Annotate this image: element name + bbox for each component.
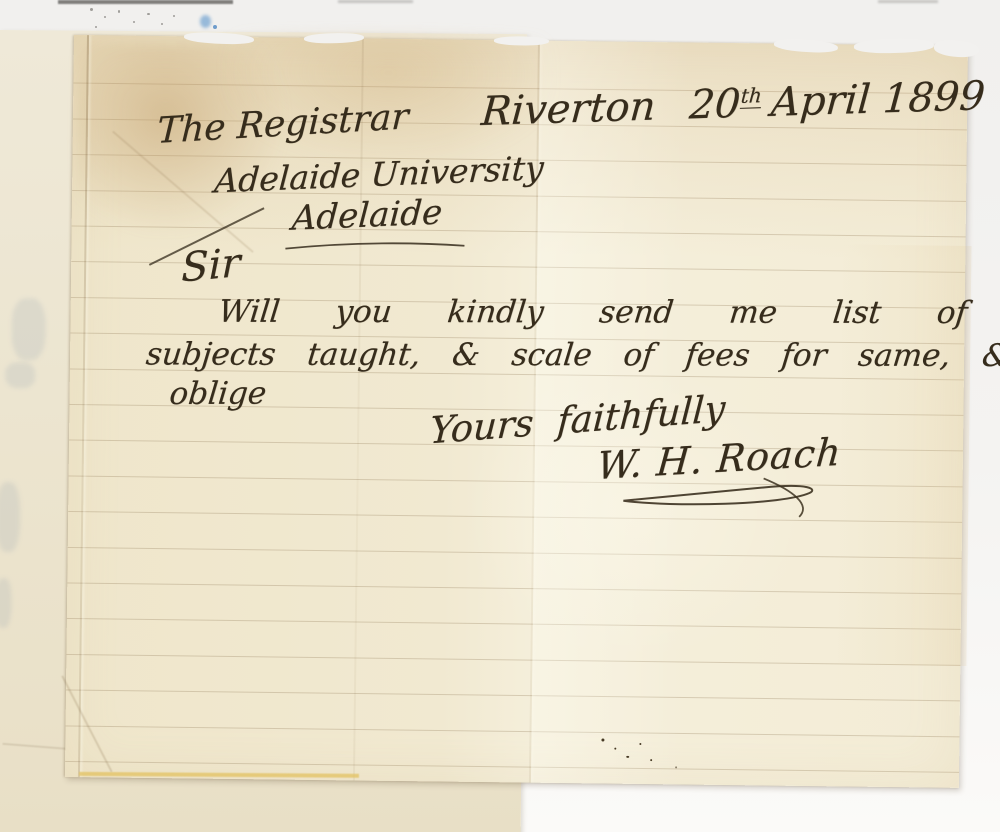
blue-ink-dot [213,25,217,29]
scanner-debris-smear [58,0,233,4]
dust-speck [133,21,135,23]
ink-speck [650,759,652,761]
dust-speck [90,8,93,11]
scanner-debris-smear [878,0,938,3]
torn-edge [494,36,549,46]
ghost-stamp-mark [0,578,12,628]
body-line: oblige [168,378,268,411]
scanner-debris-smear [338,0,413,3]
dateline-ordinal: th [740,83,763,109]
torn-edge [774,38,839,54]
ghost-stamp-mark [5,362,35,388]
recipient-line: The Registrar [156,98,409,150]
blue-ink-smudge [200,15,211,28]
body-line: Will you kindly send me list of [217,296,969,330]
dust-speck [161,23,163,25]
ghost-stamp-mark [0,482,20,552]
dust-speck [118,10,120,13]
ink-speck [614,748,616,750]
fold-crease-vertical [353,39,364,781]
dust-speck [173,15,175,17]
dust-speck [104,16,106,18]
recipient-line: Adelaide [291,196,444,238]
fold-crease-vertical [78,35,89,777]
dust-speck [147,13,150,15]
dust-speck [95,26,97,28]
spacer [655,118,689,119]
torn-edge [304,32,364,43]
torn-edge [933,39,979,59]
dateline-day: 20 [688,81,742,129]
fold-crease-diagonal [61,675,112,772]
ink-speck [626,756,629,758]
body-line: subjects taught, & scale of fees for sam… [144,338,1000,372]
torn-edge [854,38,934,54]
ink-speck [639,743,641,745]
ink-speck [675,766,677,768]
dateline-month-year: April 1899 [770,73,987,126]
deckle-edge-highlight [79,772,359,778]
underline-flourish [281,236,471,256]
dateline-place: Riverton [480,83,658,135]
salutation: Sir [181,242,241,290]
ink-speck [601,738,604,741]
recipient-line: Adelaide University [213,151,544,199]
letter-page: Riverton20thApril 1899 The Registrar Ade… [65,35,968,788]
scanner-background: Riverton20thApril 1899 The Registrar Ade… [0,0,1000,832]
ghost-stamp-mark [11,298,45,360]
